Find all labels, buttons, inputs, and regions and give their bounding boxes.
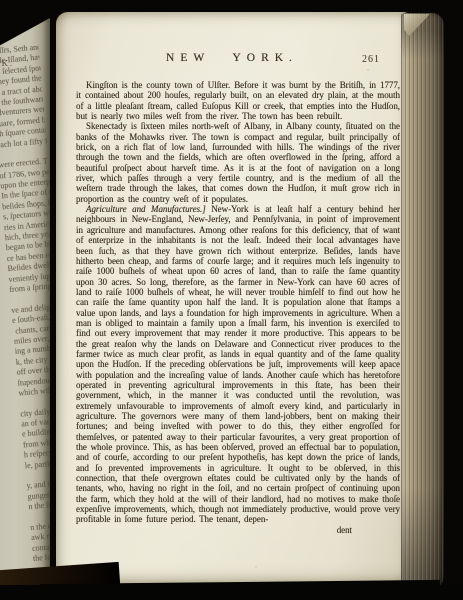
- page-header: NEW YORK. 261: [56, 52, 408, 68]
- catchword-line: dent: [76, 525, 400, 535]
- bottom-black-band: [0, 585, 463, 600]
- body-paragraph-skenectady: Skenectady is ſixteen miles north-weſt o…: [76, 121, 400, 204]
- running-title: NEW YORK.: [56, 52, 408, 64]
- right-page: NEW YORK. 261 Kingſton is the county tow…: [56, 12, 408, 584]
- book-scan: R K. Meſſrs, Seth and Thode-Iſland, havi…: [0, 0, 463, 600]
- left-page-edge: R K. Meſſrs, Seth and Thode-Iſland, havi…: [0, 18, 50, 584]
- body-paragraph-agriculture: Agriculture and Manufactures.] New-York …: [76, 204, 400, 525]
- paragraph-text: New-York is at leaſt half a century behi…: [76, 204, 400, 524]
- section-lead-italic: Agriculture and Manufactures.]: [86, 204, 206, 214]
- catchword: dent: [337, 525, 352, 535]
- page-number: 261: [362, 54, 380, 65]
- book-fore-edge: [401, 13, 444, 591]
- page-body: Kingſton is the county town of Ulſter. B…: [76, 80, 400, 572]
- body-paragraph-kingston: Kingſton is the county town of Ulſter. B…: [76, 80, 400, 121]
